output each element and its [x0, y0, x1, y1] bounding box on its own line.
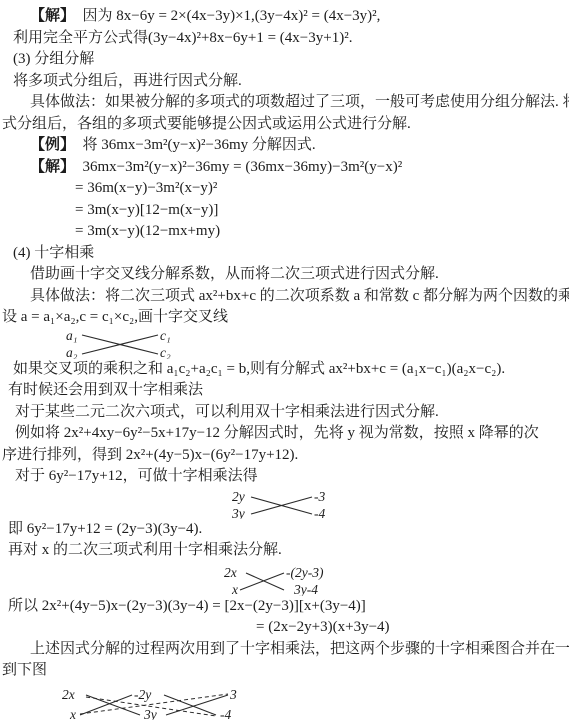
text-line: 【解】 36mx−3m²(y−x)²−36my = (36mx−36my)−3m…: [30, 157, 569, 179]
text-line: 【解】 因为 8x−6y = 2×(4x−3y)×1,(3y−4x)² = (4…: [30, 6, 569, 28]
formula-line: = 3m(x−y)[12−m(x−y)]: [75, 200, 569, 222]
cross-label-bottom-left: x: [69, 707, 76, 720]
cross-label-bottom-mid: 3y: [143, 707, 157, 720]
cross-label-bottom-left: 3y: [231, 506, 245, 519]
text-line: 利用完全平方公式得(3y−4x)²+8x−6y+1 = (4x−3y+1)².: [13, 28, 569, 50]
text-line: 将多项式分组后，再进行因式分解.: [13, 71, 569, 93]
cross-multiplication-diagram-6y2: 2y -3 3y -4: [230, 489, 335, 519]
text-line: 所以 2x²+(4y−5)x−(2y−3)(3y−4) = [2x−(2y−3)…: [8, 596, 569, 618]
text-line: 到下图: [2, 660, 569, 682]
cross-label-top-right: -(2y-3): [286, 565, 324, 580]
text-line: 再对 x 的二次三项式利用十字相乘法分解.: [8, 540, 569, 562]
cross-label-top-mid: -2y: [134, 687, 151, 702]
section-heading: (4) 十字相乘: [13, 243, 569, 265]
text-line: 上述因式分解的过程两次用到了十字相乘法，把这两个步骤的十字相乘图合并在一起得: [30, 639, 569, 661]
text-line: 借助画十字交叉线分解系数，从而将二次三项式进行因式分解.: [30, 264, 569, 286]
text-line: 【例】 将 36mx−3m²(y−x)²−36my 分解因式.: [30, 135, 569, 157]
cross-label-top-left: 2y: [232, 489, 245, 504]
text-line: 对于某些二元二次六项式，可以利用双十字相乘法进行因式分解.: [15, 402, 569, 424]
cross-label-top-left: 2x: [224, 565, 237, 580]
text-line: 有时候还会用到双十字相乘法: [8, 380, 569, 402]
cross-label-top-left: 2x: [62, 687, 75, 702]
cross-line: [166, 695, 228, 715]
solution-label: 【解】: [30, 8, 75, 24]
text-line: 即 6y²−17y+12 = (2y−3)(3y−4).: [8, 519, 569, 541]
double-cross-multiplication-diagram: 2x -2y 3 x 3y -4: [60, 686, 260, 720]
cross-label-top-left: a₁: [66, 329, 77, 343]
text-line: 具体做法：如果被分解的多项式的项数超过了三项，一般可考虑使用分组分解法. 将多项: [30, 92, 569, 114]
cross-label-top-right: c₁: [160, 329, 171, 343]
text-line: 对于 6y²−17y+12，可做十字相乘法得: [15, 466, 569, 488]
example-label: 【例】: [30, 137, 75, 153]
text-line: 设 a = a₁×a₂,c = c₁×c₂,画十字交叉线: [2, 307, 569, 329]
formula-line: = 3m(x−y)(12−mx+my): [75, 221, 569, 243]
cross-label-bottom-right: c₂: [160, 345, 171, 359]
text-line: 例如将 2x²+4xy−6y²−5x+17y−12 分解因式时，先将 y 视为常…: [15, 423, 569, 445]
cross-label-top-right: -3: [314, 489, 325, 504]
cross-label-bottom-right: -4: [220, 707, 231, 720]
cross-label-bottom-right: -4: [314, 506, 325, 519]
formula-line: = 36m(x−y)−3m²(x−y)²: [75, 178, 569, 200]
formula-line: = (2x−2y+3)(x+3y−4): [256, 617, 569, 639]
text-line: 式分组后，各组的多项式要能够提公因式或运用公式进行分解.: [2, 114, 569, 136]
text-segment: 将 36mx−3m²(y−x)²−36my 分解因式.: [75, 137, 316, 153]
text-line: 序进行排列，得到 2x²+(4y−5)x−(6y²−17y+12).: [2, 445, 569, 467]
cross-label-bottom-right: 3y-4: [293, 582, 318, 596]
cross-line: [80, 695, 132, 715]
cross-multiplication-diagram-2x: 2x -(2y-3) x 3y-4: [222, 564, 357, 596]
text-segment: 因为 8x−6y = 2×(4x−3y)×1,(3y−4x)² = (4x−3y…: [75, 8, 380, 24]
section-heading: (3) 分组分解: [13, 49, 569, 71]
cross-label-bottom-left: a₂: [66, 345, 78, 359]
text-line: 如果交叉项的乘积之和 a₁c₂+a₂c₁ = b,则有分解式 ax²+bx+c …: [13, 359, 569, 381]
cross-label-top-right: 3: [229, 687, 237, 702]
text-line: 具体做法：将二次三项式 ax²+bx+c 的二次项系数 a 和常数 c 都分解为…: [30, 286, 569, 308]
cross-label-bottom-left: x: [231, 582, 238, 596]
document-page: 【解】 因为 8x−6y = 2×(4x−3y)×1,(3y−4x)² = (4…: [0, 0, 569, 720]
text-segment: 36mx−3m²(y−x)²−36my = (36mx−36my)−3m²(y−…: [75, 159, 402, 175]
cross-multiplication-diagram-general: a₁ c₁ a₂ c₂: [64, 329, 179, 359]
solution-label: 【解】: [30, 159, 75, 175]
